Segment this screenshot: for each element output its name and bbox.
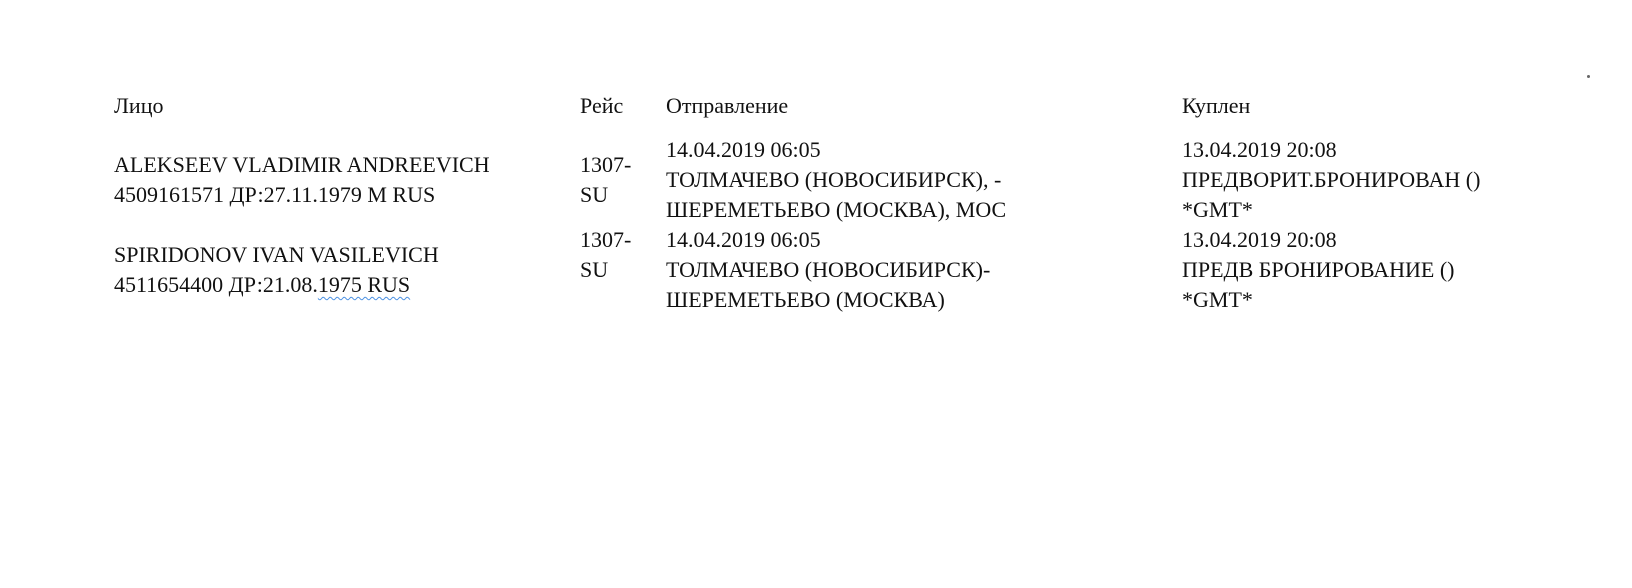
departure-cell: 14.04.2019 06:05 ТОЛМАЧЕВО (НОВОСИБИРСК)… <box>666 135 1182 225</box>
table-header-row: Лицо Рейс Отправление Куплен <box>114 91 1602 135</box>
header-departure: Отправление <box>666 91 1182 135</box>
header-person: Лицо <box>114 91 580 135</box>
booking-status: ПРЕДВОРИТ.БРОНИРОВАН () <box>1182 165 1602 195</box>
spellcheck-flagged-text[interactable]: 1975 RUS <box>318 272 410 297</box>
stray-dot-mark <box>1587 75 1590 78</box>
person-cell: SPIRIDONOV IVAN VASILEVICH 4511654400 ДР… <box>114 225 580 315</box>
flight-number: 1307- <box>580 150 666 180</box>
departure-datetime: 14.04.2019 06:05 <box>666 135 1182 165</box>
tickets-table: Лицо Рейс Отправление Куплен ALEKSEEV VL… <box>114 91 1602 315</box>
timezone-label: *GMT* <box>1182 195 1602 225</box>
passenger-details-text: 4511654400 ДР:21.08. <box>114 272 318 297</box>
passenger-details-text: 4509161571 ДР:27.11.1979 M RUS <box>114 182 435 207</box>
passenger-details: 4509161571 ДР:27.11.1979 M RUS <box>114 180 580 210</box>
purchased-datetime: 13.04.2019 20:08 <box>1182 135 1602 165</box>
booking-status: ПРЕДВ БРОНИРОВАНИЕ () <box>1182 255 1602 285</box>
timezone-label: *GMT* <box>1182 285 1602 315</box>
header-flight: Рейс <box>580 91 666 135</box>
person-cell: ALEKSEEV VLADIMIR ANDREEVICH 4509161571 … <box>114 135 580 225</box>
departure-cell: 14.04.2019 06:05 ТОЛМАЧЕВО (НОВОСИБИРСК)… <box>666 225 1182 315</box>
purchased-datetime: 13.04.2019 20:08 <box>1182 225 1602 255</box>
departure-route-to: ШЕРЕМЕТЬЕВО (МОСКВА), МОС <box>666 195 1182 225</box>
departure-datetime: 14.04.2019 06:05 <box>666 225 1182 255</box>
passenger-name: SPIRIDONOV IVAN VASILEVICH <box>114 240 580 270</box>
departure-route-from: ТОЛМАЧЕВО (НОВОСИБИРСК), - <box>666 165 1182 195</box>
departure-route-from: ТОЛМАЧЕВО (НОВОСИБИРСК)- <box>666 255 1182 285</box>
departure-route-to: ШЕРЕМЕТЬЕВО (МОСКВА) <box>666 285 1182 315</box>
passenger-details: 4511654400 ДР:21.08.1975 RUS <box>114 270 580 300</box>
flight-cell: 1307- SU <box>580 135 666 225</box>
passenger-name: ALEKSEEV VLADIMIR ANDREEVICH <box>114 150 580 180</box>
purchased-cell: 13.04.2019 20:08 ПРЕДВ БРОНИРОВАНИЕ () *… <box>1182 225 1602 315</box>
header-purchased: Куплен <box>1182 91 1602 135</box>
table-row: SPIRIDONOV IVAN VASILEVICH 4511654400 ДР… <box>114 225 1602 315</box>
flight-cell: 1307- SU <box>580 225 666 315</box>
flight-number: 1307- <box>580 225 666 255</box>
flight-carrier: SU <box>580 255 666 285</box>
flight-carrier: SU <box>580 180 666 210</box>
purchased-cell: 13.04.2019 20:08 ПРЕДВОРИТ.БРОНИРОВАН ()… <box>1182 135 1602 225</box>
table-row: ALEKSEEV VLADIMIR ANDREEVICH 4509161571 … <box>114 135 1602 225</box>
